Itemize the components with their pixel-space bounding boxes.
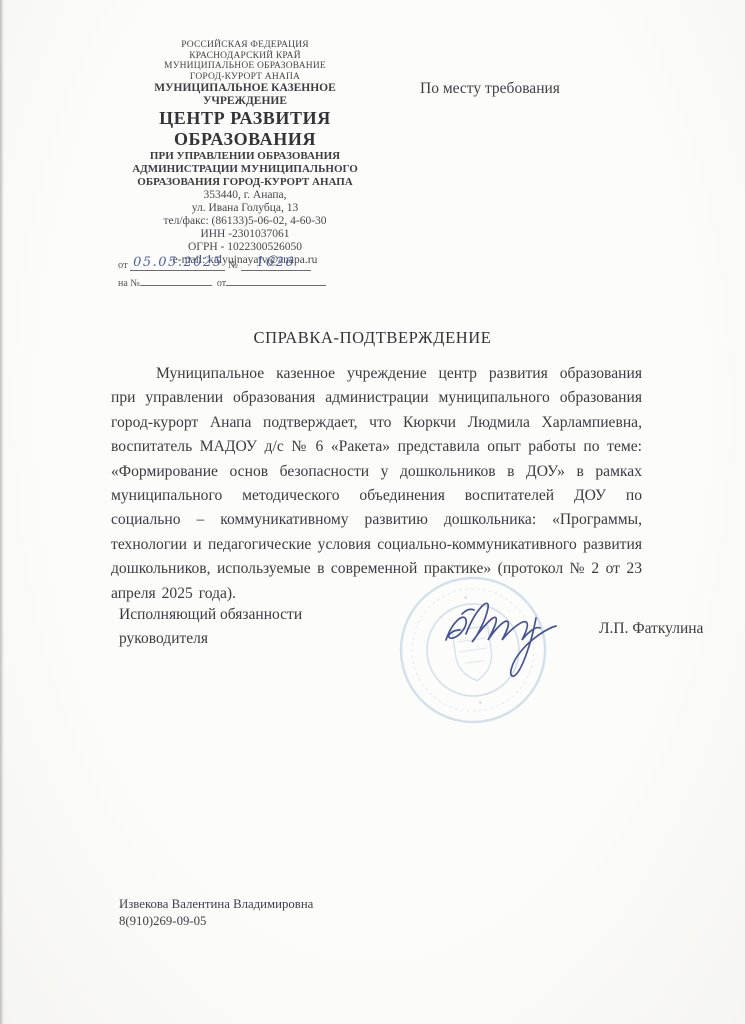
document-title: СПРАВКА-ПОДТВЕРЖДЕНИЕ [0, 328, 745, 348]
handwritten-number: 1626 [256, 255, 295, 270]
org-ogrn: ОГРН - 1022300526050 [100, 241, 390, 254]
letterhead: РОССИЙСКАЯ ФЕДЕРАЦИЯ КРАСНОДАРСКИЙ КРАЙ … [100, 40, 390, 267]
reference-reply-line: на № от [118, 278, 378, 289]
signatory-name: Л.П. Фаткулина [599, 620, 703, 638]
signatory-role: Исполняющий обязанности руководителя [119, 603, 379, 651]
signatory-role-line-2: руководителя [119, 627, 379, 651]
reference-outgoing-line: от 05.05.2025 № 1626 [118, 255, 378, 271]
body-paragraph: Муниципальное казенное учреждение центр … [111, 362, 642, 606]
org-subordination-2: АДМИНИСТРАЦИИ МУНИЦИПАЛЬНОГО [100, 163, 390, 176]
org-postal-address-2: ул. Ивана Голубца, 13 [100, 202, 390, 215]
letterhead-country: РОССИЙСКАЯ ФЕДЕРАЦИЯ [100, 40, 390, 51]
scanned-document-page: РОССИЙСКАЯ ФЕДЕРАЦИЯ КРАСНОДАРСКИЙ КРАЙ … [0, 0, 745, 1024]
reference-block: от 05.05.2025 № 1626 на № от [118, 255, 378, 289]
handwritten-date: 05.05.2025 [133, 255, 222, 270]
org-phone-fax: тел/факс: (86133)5-06-02, 4-60-30 [100, 215, 390, 228]
reference-from-label: от [118, 260, 128, 271]
reference-reply-blank-1 [140, 285, 212, 286]
executor-contact: Извекова Валентина Владимировна 8(910)26… [119, 896, 313, 930]
signatory-role-line-1: Исполняющий обязанности [119, 603, 379, 627]
executor-name: Извекова Валентина Владимировна [119, 896, 313, 913]
org-name-line-1: ЦЕНТР РАЗВИТИЯ [100, 108, 390, 129]
org-name-line-2: ОБРАЗОВАНИЯ [100, 129, 390, 150]
letterhead-municipality-1: МУНИЦИПАЛЬНОЕ ОБРАЗОВАНИЕ [100, 61, 390, 72]
reference-reply-label-2: от [217, 278, 226, 289]
reference-reply-blank-2 [226, 285, 326, 286]
org-type-line-2: УЧРЕЖДЕНИЕ [100, 95, 390, 108]
org-subordination-3: ОБРАЗОВАНИЯ ГОРОД-КУРОРТ АНАПА [100, 176, 390, 189]
letterhead-municipality-2: ГОРОД-КУРОРТ АНАПА [100, 72, 390, 83]
executor-phone: 8(910)269-09-05 [119, 913, 313, 930]
handwritten-signature-icon [432, 588, 582, 688]
org-inn: ИНН -2301037061 [100, 228, 390, 241]
reference-reply-label-1: на № [118, 278, 140, 289]
letterhead-region: КРАСНОДАРСКИЙ КРАЙ [100, 51, 390, 62]
org-postal-address-1: 353440, г. Анапа, [100, 189, 390, 202]
reference-number-underline: 1626 [241, 255, 311, 271]
org-type-line-1: МУНИЦИПАЛЬНОЕ КАЗЕННОЕ [100, 82, 390, 95]
reference-date-underline: 05.05.2025 [130, 255, 225, 271]
org-subordination-1: ПРИ УПРАВЛЕНИИ ОБРАЗОВАНИЯ [100, 150, 390, 163]
addressee: По месту требования [420, 80, 560, 98]
reference-number-label: № [228, 260, 238, 271]
